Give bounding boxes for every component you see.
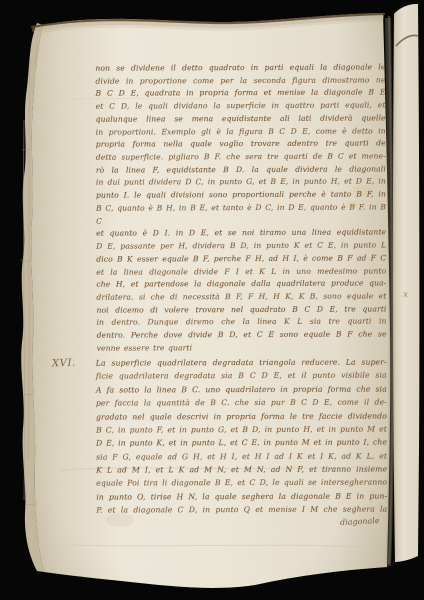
manuscript-line: A fa sotto la linea B C. uno quadrilater… (96, 382, 387, 396)
manuscript-line: sia F G, equale ad G H, et H I, et H I a… (96, 449, 387, 463)
manuscript-line: punto I. le quali divisioni sono proport… (96, 189, 386, 203)
manuscript-line: per faccia la quantità de B C. che sia p… (96, 396, 387, 410)
manuscript-page-photo: non se dividene il detto quadrato in par… (0, 0, 424, 600)
manuscript-line: noi dicemo di volere trovare nel quadrat… (96, 303, 386, 317)
next-leaf-edge (393, 4, 420, 562)
manuscript-line: D E, passante per H, dividera B D, in pu… (96, 239, 386, 253)
manuscript-line: B C, quanto è B H, in B E, et tanto è D … (96, 201, 386, 228)
paragraph-2: La superficie quadrilatera degradata tri… (96, 355, 388, 517)
manuscript-line: P. et la diagonale C D, in punto Q et me… (96, 503, 387, 517)
manuscript-line: et la linea diagonale divide F I et K L … (96, 265, 386, 279)
manuscript-line: La superficie quadrilatera degradata tri… (96, 355, 387, 369)
manuscript-line: et quanto è D I. in D E, et se noi tiram… (96, 227, 386, 241)
manuscript-line: gradato nel quale descrivi in propria fo… (96, 409, 387, 423)
manuscript-line: in dui punti dividera D C, in punto G, e… (96, 176, 386, 190)
manuscript-line: et C D, le quali dividano la superficie … (96, 100, 386, 114)
manuscript-line: in punto O, tirise H N, la quale seghera… (96, 489, 387, 503)
manuscript-line: detta superficie. pigliaro B F. che sera… (96, 150, 386, 164)
manuscript-line: equale Poi tira li diagonale B E, et C D… (96, 476, 387, 490)
manuscript-line: divide in proportione come per la second… (95, 74, 385, 88)
manuscript-line: rò la linea F, equidistante B D. la qual… (96, 163, 386, 177)
manuscript-line: in proportioni. Exemplo gli è la figura … (96, 125, 386, 139)
section-number: XVI. (52, 358, 76, 370)
manuscript-line: in dentro. Dunque diremo che la linea K … (96, 316, 386, 330)
manuscript-line: che H, et partendose la diagonale dalla … (96, 278, 386, 292)
paragraph-1: non se dividene il detto quadrato in par… (95, 61, 386, 355)
manuscript-line: non se dividene il detto quadrato in par… (95, 61, 385, 75)
manuscript-line: venne essere tre quarti (97, 341, 387, 355)
manuscript-line: B C D E, quadrata in propria forma et me… (95, 87, 385, 101)
manuscript-line: B C, in punto F, et in punto G, et B D, … (96, 422, 387, 436)
manuscript-line: propria forma nella quale voglio trovare… (96, 138, 386, 152)
gutter-shadow (388, 16, 392, 566)
manuscript-line: ficie quadrilatera degradata sia B C D E… (96, 369, 387, 383)
manuscript-line: qualunque linea se mena equidistante ali… (96, 112, 386, 126)
manuscript-line: K L ad M I, et L K ad M N, et M N, ad N … (96, 462, 387, 476)
manuscript-line: dico B K esser equale B F, perche F H, a… (96, 252, 386, 266)
manuscript-line: D E, in punto K, et in punto L, et C E, … (96, 436, 387, 450)
manuscript-line: dentro. Perche dove divide B D, et C E s… (97, 328, 387, 342)
manuscript-line: drilatera. si che di necessità B F, F H,… (96, 290, 386, 304)
